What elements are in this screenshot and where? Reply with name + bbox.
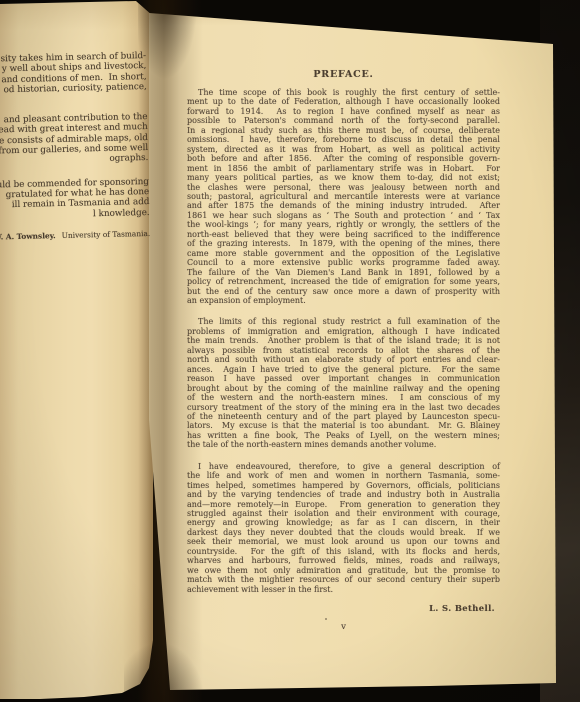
text-line: od historian, curiosity, patience, — [0, 82, 147, 98]
text-line: Council to a more extensive public works… — [187, 258, 500, 267]
author-signature: L. S. Bethell. — [187, 604, 500, 613]
text-line: I have endeavoured, therefore, to give a… — [187, 462, 500, 471]
text-line: the tale of the north-eastern mines dema… — [187, 440, 500, 449]
text-line: The time scope of this book is roughly t… — [187, 88, 500, 97]
text-line: north and south without an elaborate stu… — [187, 355, 500, 364]
text-line: The limits of this regional study restri… — [187, 317, 500, 326]
text-line: we owe them not only admiration and grat… — [187, 566, 500, 575]
text-line: of the grazing interests. In 1879, with … — [187, 239, 500, 248]
text-line: possible to Paterson's command north of … — [187, 116, 500, 125]
text-line: ment up to the date of Federation, altho… — [187, 97, 500, 106]
page-number: v — [187, 623, 500, 632]
text-line: energy and growing knowledge; as far as … — [187, 518, 500, 527]
ink-speck — [325, 618, 327, 620]
text-line: the clashes were personal, there was jea… — [187, 183, 500, 192]
text-line: reason I have passed over important chan… — [187, 374, 500, 383]
text-line: north-east believed that they were being… — [187, 230, 500, 239]
text-line: and after 1875 the demands of the mining… — [187, 201, 500, 210]
text-line: lators. My excuse is that the material i… — [187, 421, 500, 430]
text-line: and by the varying tendencies of trade a… — [187, 490, 500, 499]
text-line: an expansion of employment. — [187, 296, 500, 305]
text-line: many years political parties, as we know… — [187, 173, 500, 182]
text-line: of the western and the north-eastern min… — [187, 393, 500, 402]
text-line: The failure of the Van Diemen's Land Ban… — [187, 268, 500, 277]
left-page-fragment: uld be commended for sponsoringgratulate… — [0, 177, 150, 224]
text-line: In a regional study such as this there m… — [187, 126, 500, 135]
preface-paragraphs: The time scope of this book is roughly t… — [187, 88, 500, 594]
text-line: and—more remotely—in Europe. From genera… — [187, 500, 500, 509]
text-line: struggled against their isolation and th… — [187, 509, 500, 518]
book-page-photo: sity takes him in search of build-y well… — [0, 0, 580, 702]
text-line: seek their memorial, we must look around… — [187, 537, 500, 546]
text-line: times helped, sometimes hampered by Gove… — [187, 481, 500, 490]
text-line: darkest days they never doubted that the… — [187, 528, 500, 537]
paragraph: The limits of this regional study restri… — [187, 317, 500, 449]
text-line: omissions. I have, therefore, foreborne … — [187, 135, 500, 144]
text-line: brought about by the coming of the mainl… — [187, 384, 500, 393]
text-line: south; pastoral, agricultural and mercan… — [187, 192, 500, 201]
text-line: ances. Again I have tried to give the ge… — [187, 365, 500, 374]
text-line: has written a fine book, The Peaks of Ly… — [187, 431, 500, 440]
text-line: achievement with lesser in the first. — [187, 585, 500, 594]
text-line: but the end of the century saw once more… — [187, 287, 500, 296]
paragraph: The time scope of this book is roughly t… — [187, 88, 500, 305]
text-line: the life and work of men and women in no… — [187, 471, 500, 480]
text-line: 1861 we hear such slogans as ‘ The South… — [187, 211, 500, 220]
text-line: forward to 1914. As to region I have con… — [187, 107, 500, 116]
reviewer-name: W. A. Townsley. — [0, 231, 56, 241]
preface-text-block: PREFACE. The time scope of this book is … — [187, 69, 500, 632]
text-line: system, directed as it was from Hobart, … — [187, 145, 500, 154]
text-line: came more stable government and the oppo… — [187, 249, 500, 258]
text-line: policy of retrenchment, increased the ti… — [187, 277, 500, 286]
text-line: wharves and harbours, furrowed fields, m… — [187, 556, 500, 565]
text-line: always possible from statistical records… — [187, 346, 500, 355]
text-line: countryside. For the gift of this island… — [187, 547, 500, 556]
text-line: both before and after 1856. After the co… — [187, 154, 500, 163]
text-line: the wool-kings ’; for many years, rightl… — [187, 220, 500, 229]
left-page-fragment: and pleasant contribution to theead with… — [0, 112, 149, 169]
text-line: the main trends. Another problem is that… — [187, 336, 500, 345]
text-line: of the nineteenth century and of the par… — [187, 412, 500, 421]
text-line: cursory treatment of the story of the mi… — [187, 403, 500, 412]
left-page-text-fragments: sity takes him in search of build-y well… — [0, 51, 150, 245]
reviewer-affiliation: University of Tasmania. — [62, 229, 151, 240]
text-line: match with the mightier resources of our… — [187, 575, 500, 584]
left-page-fragment: sity takes him in search of build-y well… — [0, 51, 147, 98]
text-line: ment in 1856 the ambit of parliamentary … — [187, 164, 500, 173]
paragraph: I have endeavoured, therefore, to give a… — [187, 462, 500, 594]
preface-title: PREFACE. — [187, 69, 500, 80]
text-line: problems of immigration and emigration, … — [187, 327, 500, 336]
